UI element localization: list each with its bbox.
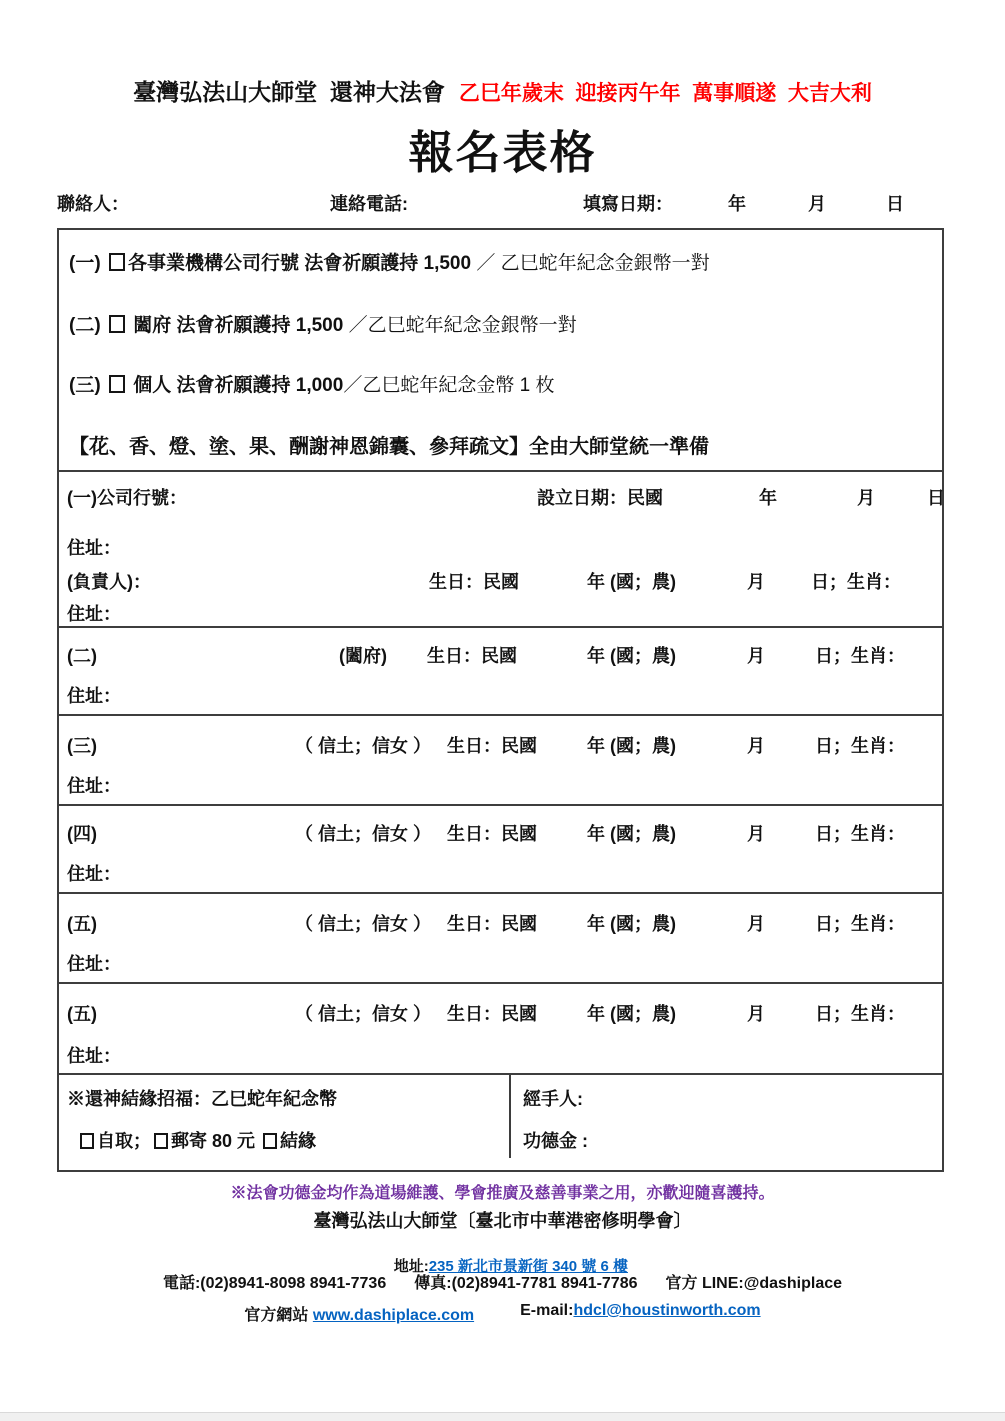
month-label: 月 [857,484,875,510]
year-calendar-label: 年 (國；農) [587,1000,676,1026]
address-label: 住址： [67,1042,121,1068]
month-label: 月 [747,1000,765,1026]
website-group: 官方網站 www.dashiplace.com [244,1302,474,1325]
donation-line: 功德金 : [511,1127,942,1153]
person-row-label: (五) [67,910,97,936]
address-label: 住址： [67,534,121,560]
year-label: 年 [759,484,777,510]
org-title: 臺灣弘法山大師堂 還神大法會 [133,79,445,105]
option-text-regular: ／乙巳蛇年紀念金幣 1 枚 [343,375,554,396]
birth-label: 生日：民國 [427,642,517,668]
option-row-family: (二) 闔府 法會祈願護持 1,500 ／乙巳蛇年紀念金銀幣一對 [69,310,934,337]
person-info-line: (二) (闔府) 生日：民國 年 (國；農) 月 日；生肖： [59,642,942,668]
day-zodiac-label: 日；生肖： [815,642,905,668]
birth-label: 生日：民國 [429,568,519,594]
website-link[interactable]: www.dashiplace.com [313,1307,474,1324]
option-text-bold: 闔府 法會祈願護持 1,500 [128,315,343,336]
checkbox-icon [109,253,125,271]
offerings-note: 【花、香、燈、塗、果、酬謝神恩錦囊、參拜疏文】全由大師堂統一準備 [69,430,934,459]
address-label: 住址： [67,682,121,708]
company-name-label: (一)公司行號： [67,484,187,510]
contact-phone-label: 連絡電話: [330,190,408,216]
options-section: (一) 各事業機構公司行號 法會祈願護持 1,500 ／ 乙巳蛇年紀念金銀幣一對… [59,230,942,470]
website-prefix: 官方網站 [244,1307,312,1324]
souvenir-label: ※還神結緣招福：乙巳蛇年紀念幣 [67,1085,337,1111]
month-label: 月 [808,190,826,216]
option-text-bold: 個人 法會祈願護持 1,000 [128,375,343,396]
person-row-label: (四) [67,820,97,846]
person-address-line: 住址： [59,950,942,976]
year-calendar-label: 年 (國；農) [587,642,676,668]
company-name-line: (一)公司行號： 設立日期：民國 年 月 日 [59,484,942,510]
person-address-line: 住址： [59,682,942,708]
souvenir-section: ※還神結緣招福：乙巳蛇年紀念幣 自取；郵寄 80 元 結緣 經手人: 功德金 : [59,1073,942,1158]
checkbox-icon [80,1133,94,1149]
fill-date-label: 填寫日期： [583,190,673,216]
person-info-line: (四) （ 信土；信女 ） 生日：民國 年 (國；農) 月 日；生肖： [59,820,942,846]
person-role-hint: （ 信土；信女 ） [295,1000,431,1026]
month-label: 月 [747,642,765,668]
person-address-line: 住址： [59,772,942,798]
person-section-2: (二) (闔府) 生日：民國 年 (國；農) 月 日；生肖： 住址： [59,626,942,714]
year-calendar-label: 年 (國；農) [587,910,676,936]
person-section-4: (四) （ 信土；信女 ） 生日：民國 年 (國；農) 月 日；生肖： 住址： [59,804,942,892]
option-text-bold: 各事業機構公司行號 法會祈願護持 1,500 [128,253,471,274]
person-section-3: (三) （ 信土；信女 ） 生日：民國 年 (國；農) 月 日；生肖： 住址： [59,714,942,804]
year-calendar-label: 年 (國；農) [587,820,676,846]
option-number: (一) [69,253,101,274]
day-label: 日 [886,190,904,216]
page-bottom-edge [0,1412,1005,1421]
person-info-line: (五) （ 信土；信女 ） 生日：民國 年 (國；農) 月 日；生肖： [59,910,942,936]
birth-label: 生日：民國 [447,1000,537,1026]
person-role-hint: (闔府) [339,642,387,668]
souvenir-line: ※還神結緣招福：乙巳蛇年紀念幣 [59,1085,509,1111]
day-label: 日 [927,484,945,510]
affinity-option-label: 結緣 [280,1131,316,1151]
option-number: (二) [69,315,101,336]
company-address-line: 住址： [59,534,942,560]
souvenir-cell: ※還神結緣招福：乙巳蛇年紀念幣 自取；郵寄 80 元 結緣 [59,1075,511,1158]
birth-label: 生日：民國 [447,820,537,846]
checkbox-icon [109,315,125,333]
company-section: (一)公司行號： 設立日期：民國 年 月 日 住址： (負責人)： 生日：民國 … [59,470,942,626]
phone-fax-line: 電話:(02)8941-8098 8941-7736 傳真:(02)8941-7… [0,1270,1005,1293]
checkbox-icon [154,1133,168,1149]
telephone-numbers: 電話:(02)8941-8098 8941-7736 [163,1270,386,1293]
person-row-label: (二) [67,642,97,668]
established-date-label: 設立日期：民國 [537,484,663,510]
person-row-label: (五) [67,1000,97,1026]
year-calendar-label: 年 (國；農) [587,568,676,594]
person-section-5b: (五) （ 信土；信女 ） 生日：民國 年 (國；農) 月 日；生肖： 住址： [59,982,942,1073]
donation-label: 功德金 : [523,1127,588,1153]
day-zodiac-label: 日；生肖： [815,732,905,758]
option-text-regular: ／乙巳蛇年紀念金銀幣一對 [343,315,576,336]
option-row-company: (一) 各事業機構公司行號 法會祈願護持 1,500 ／ 乙巳蛇年紀念金銀幣一對 [69,248,934,275]
blessing-text: 乙巳年歲末 迎接丙午年 萬事順遂 大吉大利 [459,82,872,105]
address-label: 住址： [67,772,121,798]
address-label: 住址： [67,860,121,886]
person-row-label: (三) [67,732,97,758]
website-email-line: 官方網站 www.dashiplace.com E-mail:hdcl@hous… [0,1302,1005,1325]
donation-notice: ※法會功德金均作為道場維護、學會推廣及慈善事業之用，亦歡迎隨喜護持。 [0,1180,1005,1203]
email-link[interactable]: hdcl@houstinworth.com [573,1302,760,1319]
owner-address-line: 住址： [59,600,942,626]
month-label: 月 [747,820,765,846]
line-id: 官方 LINE:@dashiplace [666,1270,843,1293]
day-zodiac-label: 日；生肖： [815,1000,905,1026]
birth-label: 生日：民國 [447,732,537,758]
contact-row: 聯絡人： 連絡電話: 填寫日期： 年 月 日 [0,190,1005,216]
day-zodiac-label: 日；生肖： [815,820,905,846]
registration-form-page: 臺灣弘法山大師堂 還神大法會乙巳年歲末 迎接丙午年 萬事順遂 大吉大利 報名表格… [0,0,1005,1421]
person-role-hint: （ 信土；信女 ） [295,820,431,846]
month-label: 月 [747,568,765,594]
person-address-line: 住址： [59,860,942,886]
address-label: 住址： [67,950,121,976]
person-info-line: (五) （ 信土；信女 ） 生日：民國 年 (國；農) 月 日；生肖： [59,1000,942,1026]
day-zodiac-label: 日；生肖： [811,568,901,594]
address-label: 住址： [67,600,121,626]
handler-label: 經手人: [523,1085,583,1111]
checkbox-icon [109,375,125,393]
owner-label: (負責人)： [67,568,151,594]
year-label: 年 [728,190,746,216]
person-role-hint: （ 信土；信女 ） [295,910,431,936]
person-address-line: 住址： [59,1042,942,1068]
option-row-individual: (三) 個人 法會祈願護持 1,000／乙巳蛇年紀念金幣 1 枚 [69,370,934,397]
birth-label: 生日：民國 [447,910,537,936]
month-label: 月 [747,732,765,758]
pickup-option-label: 自取； [97,1131,151,1151]
footer-org-line: 臺灣弘法山大師堂〔臺北市中華港密修明學會〕 [0,1207,1005,1233]
checkbox-icon [263,1133,277,1149]
form-title: 報名表格 [0,116,1005,181]
person-info-line: (三) （ 信土；信女 ） 生日：民國 年 (國；農) 月 日；生肖： [59,732,942,758]
person-section-5: (五) （ 信土；信女 ） 生日：民國 年 (國；農) 月 日；生肖： 住址： [59,892,942,982]
handler-line: 經手人: [511,1085,942,1111]
option-number: (三) [69,375,101,396]
person-role-hint: （ 信土；信女 ） [295,732,431,758]
pickup-options-line: 自取；郵寄 80 元 結緣 [77,1127,527,1153]
email-group: E-mail:hdcl@houstinworth.com [520,1302,761,1325]
contact-person-label: 聯絡人： [57,190,129,216]
email-prefix: E-mail: [520,1302,573,1319]
day-zodiac-label: 日；生肖： [815,910,905,936]
mail-option-label: 郵寄 80 元 [171,1131,260,1151]
handler-cell: 經手人: 功德金 : [511,1075,942,1158]
main-table: (一) 各事業機構公司行號 法會祈願護持 1,500 ／ 乙巳蛇年紀念金銀幣一對… [57,228,944,1172]
owner-line: (負責人)： 生日：民國 年 (國；農) 月 日；生肖： [59,568,942,594]
year-calendar-label: 年 (國；農) [587,732,676,758]
month-label: 月 [747,910,765,936]
form-header: 臺灣弘法山大師堂 還神大法會乙巳年歲末 迎接丙午年 萬事順遂 大吉大利 [0,74,1005,107]
fax-numbers: 傳真:(02)8941-7781 8941-7786 [414,1270,637,1293]
option-text-regular: ／ 乙巳蛇年紀念金銀幣一對 [471,253,710,274]
